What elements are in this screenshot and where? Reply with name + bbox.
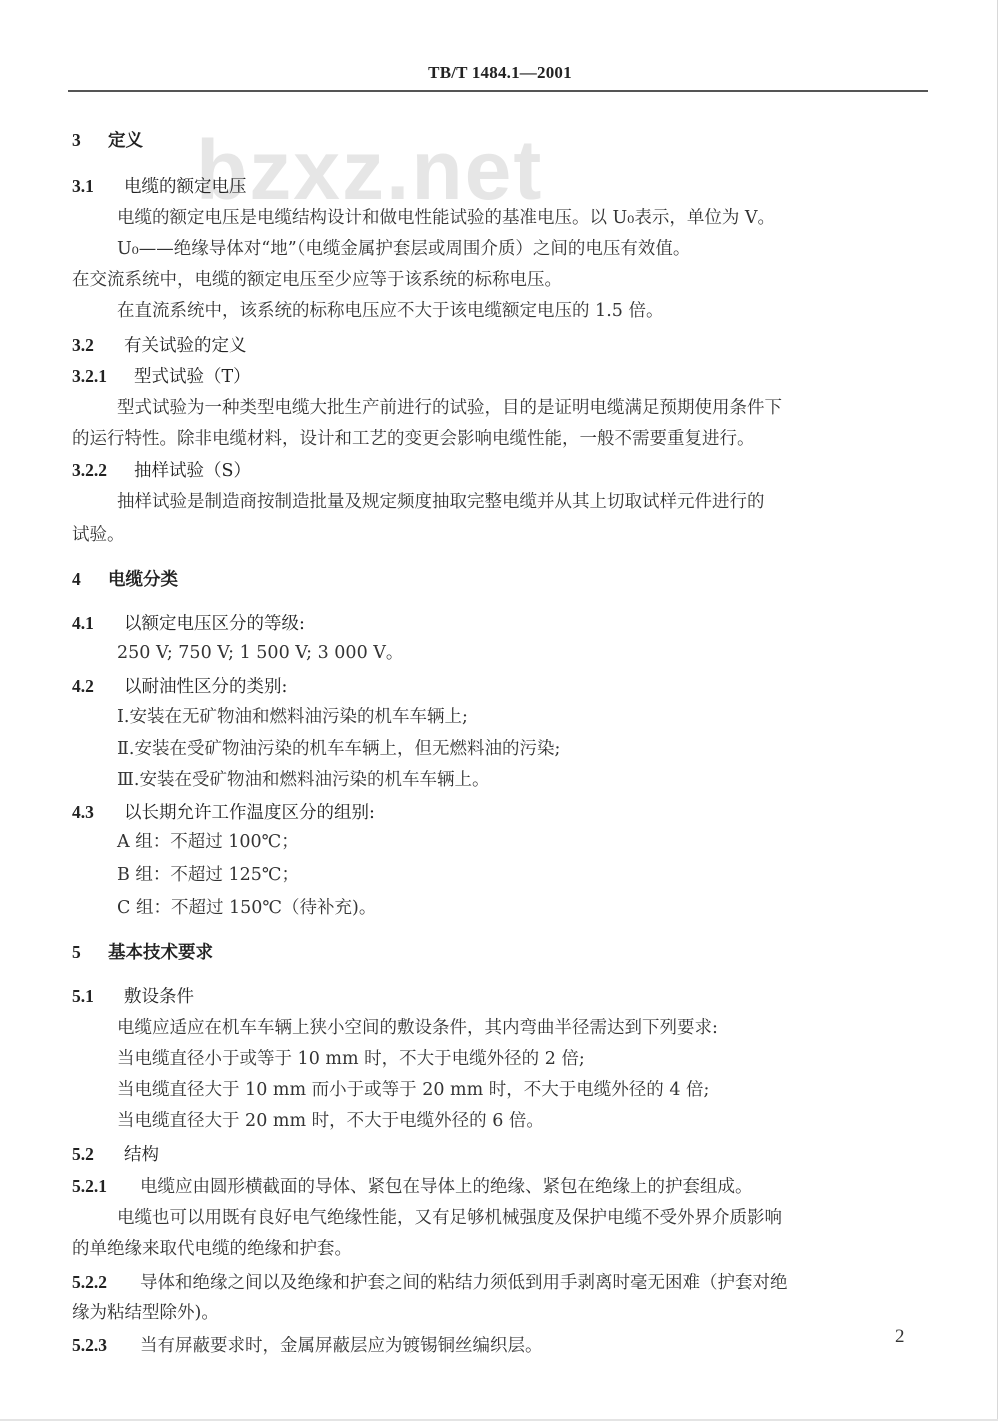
section-text: 电缆应由圆形横截面的导体、紧包在导体上的绝缘、紧包在绝缘上的护套组成。	[140, 1177, 753, 1197]
paragraph: 缘为粘结型除外)。	[72, 1301, 219, 1325]
section-title: 以耐油性区分的类别:	[124, 677, 287, 697]
paragraph: U₀——绝缘导体对“地”（电缆金属护套层或周围介质）之间的电压有效值。	[117, 237, 690, 261]
list-item: Ⅱ.安装在受矿物油污染的机车车辆上，但无燃料油的污染;	[117, 737, 560, 761]
section-text: 导体和绝缘之间以及绝缘和护套之间的粘结力须低到用手剥离时毫无困难（护套对绝	[140, 1273, 788, 1293]
section-title: 以长期允许工作温度区分的组别:	[124, 803, 375, 823]
section-3-2-1-heading: 3.2.1型式试验（T）	[72, 364, 251, 389]
paragraph: 型式试验为一种类型电缆大批生产前进行的试验，目的是证明电缆满足预期使用条件下	[117, 396, 782, 420]
section-number: 5.2	[72, 1142, 124, 1166]
section-title: 抽样试验（S）	[134, 461, 251, 481]
section-number: 5.2.3	[72, 1333, 140, 1357]
paragraph: 在交流系统中，电缆的额定电压至少应等于该系统的标称电压。	[72, 268, 562, 292]
section-number: 5.1	[72, 984, 124, 1008]
section-number: 3.2	[72, 333, 124, 357]
section-title: 敷设条件	[124, 987, 194, 1007]
section-3-2-2-heading: 3.2.2抽样试验（S）	[72, 458, 251, 483]
paragraph: 电缆也可以用既有良好电气绝缘性能，又有足够机械强度及保护电缆不受外界介质影响	[117, 1206, 782, 1230]
section-title: 有关试验的定义	[124, 336, 247, 356]
section-number: 3.2.2	[72, 458, 134, 482]
paragraph: 在直流系统中，该系统的标称电压应不大于该电缆额定电压的 1.5 倍。	[117, 299, 663, 323]
list-item: A 组：不超过 100℃；	[117, 830, 299, 854]
section-number: 3.1	[72, 174, 124, 198]
section-5-heading: 5基本技术要求	[72, 940, 213, 965]
voltage-grades: 250 V; 750 V; 1 500 V; 3 000 V。	[117, 641, 403, 665]
section-number: 4.1	[72, 611, 124, 635]
section-5-2-2: 5.2.2导体和绝缘之间以及绝缘和护套之间的粘结力须低到用手剥离时毫无困难（护套…	[72, 1270, 788, 1295]
section-5-2-3: 5.2.3当有屏蔽要求时，金属屏蔽层应为镀锡铜丝编织层。	[72, 1333, 543, 1358]
section-title: 以额定电压区分的等级:	[124, 614, 305, 634]
section-4-heading: 4电缆分类	[72, 567, 178, 592]
list-item: C 组：不超过 150℃（待补充)。	[117, 896, 376, 920]
section-number: 4.3	[72, 800, 124, 824]
section-title: 电缆分类	[108, 570, 178, 590]
section-4-3-heading: 4.3以长期允许工作温度区分的组别:	[72, 800, 375, 825]
page-border-right	[997, 0, 998, 1419]
list-item: 当电缆直径大于 10 mm 而小于或等于 20 mm 时，不大于电缆外径的 4 …	[117, 1078, 709, 1102]
list-item: Ⅰ.安装在无矿物油和燃料油污染的机车车辆上;	[117, 705, 468, 729]
section-number: 3	[72, 128, 108, 152]
section-number: 4.2	[72, 674, 124, 698]
paragraph: 电缆的额定电压是电缆结构设计和做电性能试验的基准电压。以 U₀表示，单位为 V。	[117, 206, 775, 230]
list-item: 当电缆直径大于 20 mm 时，不大于电缆外径的 6 倍。	[117, 1109, 544, 1133]
page-number: 2	[895, 1326, 905, 1348]
section-number: 5.2.2	[72, 1270, 140, 1294]
list-item: 当电缆直径小于或等于 10 mm 时，不大于电缆外径的 2 倍;	[117, 1047, 585, 1071]
section-text: 当有屏蔽要求时，金属屏蔽层应为镀锡铜丝编织层。	[140, 1336, 543, 1356]
section-4-1-heading: 4.1以额定电压区分的等级:	[72, 611, 305, 636]
section-5-2-heading: 5.2结构	[72, 1142, 159, 1167]
section-3-1-heading: 3.1电缆的额定电压	[72, 174, 247, 199]
section-3-heading: 3定义	[72, 128, 143, 153]
section-5-1-heading: 5.1敷设条件	[72, 984, 194, 1009]
section-number: 3.2.1	[72, 364, 134, 388]
section-number: 5	[72, 940, 108, 964]
section-title: 型式试验（T）	[134, 367, 251, 387]
section-number: 4	[72, 567, 108, 591]
paragraph: 试验。	[72, 523, 125, 547]
section-title: 结构	[124, 1145, 159, 1165]
header-rule	[68, 90, 928, 92]
section-5-2-1: 5.2.1电缆应由圆形横截面的导体、紧包在导体上的绝缘、紧包在绝缘上的护套组成。	[72, 1174, 753, 1199]
list-item: Ⅲ.安装在受矿物油和燃料油污染的机车车辆上。	[117, 768, 489, 792]
paragraph: 电缆应适应在机车车辆上狭小空间的敷设条件，其内弯曲半径需达到下列要求:	[117, 1016, 718, 1040]
paragraph: 的运行特性。除非电缆材料，设计和工艺的变更会影响电缆性能，一般不需要重复进行。	[72, 427, 755, 451]
list-item: B 组：不超过 125℃；	[117, 863, 299, 887]
standard-code-header: TB/T 1484.1—2001	[0, 63, 1000, 83]
section-title: 定义	[108, 131, 143, 151]
section-title: 基本技术要求	[108, 943, 213, 963]
section-3-2-heading: 3.2有关试验的定义	[72, 333, 247, 358]
paragraph: 抽样试验是制造商按制造批量及规定频度抽取完整电缆并从其上切取试样元件进行的	[117, 490, 765, 514]
paragraph: 的单绝缘来取代电缆的绝缘和护套。	[72, 1237, 352, 1261]
page-border-bottom	[0, 1419, 998, 1421]
section-4-2-heading: 4.2以耐油性区分的类别:	[72, 674, 287, 699]
section-title: 电缆的额定电压	[124, 177, 247, 197]
section-number: 5.2.1	[72, 1174, 140, 1198]
watermark: bzxz.net	[196, 128, 543, 212]
